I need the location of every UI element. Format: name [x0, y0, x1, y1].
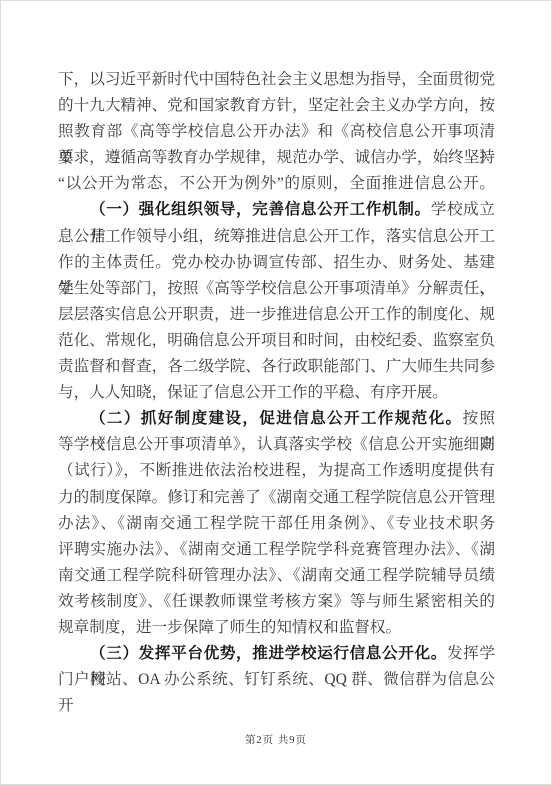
text-run: 下，以习近平新时代中国特色社会主义思想为指导，全面贯彻党	[58, 71, 495, 88]
text-run: 力的制度保障。修订和完善了《湖南交通工程学院信息公开管理	[58, 489, 495, 506]
text-line: 规章制度，进一步保障了师生的知情权和监督权。	[58, 615, 495, 641]
text-line: 范化、常规化，明确信息公开项目和时间，由校纪委、监察室负	[58, 328, 495, 354]
text-run: 责监督和督查，各二级学院、各行政职能部门、广大师生共同参	[58, 358, 495, 375]
page-number: 第2页 共9页	[245, 735, 307, 746]
text-line: 门户网站、OA 办公系统、钉钉系统、QQ 群、微信群为信息公开	[58, 667, 495, 693]
section-heading-run: （二）抓好制度建设，促进信息公开工作规范化。	[90, 410, 462, 427]
page-footer: 第2页 共9页	[1, 732, 551, 747]
text-run: 等学校信息公开事项清单》，认真落实学校《信息公开实施细则	[58, 436, 495, 453]
document-body: 下，以习近平新时代中国特色社会主义思想为指导，全面贯彻党的十九大精神、党和国家教…	[58, 67, 495, 693]
text-line: （一）强化组织领导，完善信息公开工作机制。学校成立信	[58, 197, 495, 223]
text-run: 的十九大精神、党和国家教育方针，坚定社会主义办学方向，按	[58, 97, 495, 114]
text-run: 与，人人知晓，保证了信息公开工作的平稳、有序开展。	[58, 384, 448, 401]
text-line: 办法》、《湖南交通工程学院干部任用条例》、《专业技术职务	[58, 511, 495, 537]
text-run: 要求，遵循高等教育办学规律，规范办学、诚信办学，始终坚持	[58, 149, 495, 166]
document-page: 下，以习近平新时代中国特色社会主义思想为指导，全面贯彻党的十九大精神、党和国家教…	[0, 0, 552, 785]
text-line: （试行）》，不断推进依法治校进程，为提高工作透明度提供有	[58, 458, 495, 484]
text-run: 效考核制度》、《任课教师课堂考核方案》等与师生紧密相关的	[58, 593, 495, 610]
text-run: 办法》、《湖南交通工程学院干部任用条例》、《专业技术职务	[58, 515, 495, 532]
text-line: 力的制度保障。修订和完善了《湖南交通工程学院信息公开管理	[58, 485, 495, 511]
text-line: 作的主体责任。党办校办协调宣传部、招生办、财务处、基建处、	[58, 250, 495, 276]
section-heading-run: （一）强化组织领导，完善信息公开工作机制。	[90, 201, 431, 218]
text-run: 评聘实施办法》、《湖南交通工程学院学科竞赛管理办法》、《湖	[58, 541, 495, 558]
text-run: 学生处等部门，按照《高等学校信息公开事项清单》分解责任，	[58, 280, 495, 297]
text-run: 范化、常规化，明确信息公开项目和时间，由校纪委、监察室负	[58, 332, 495, 349]
text-line: 下，以习近平新时代中国特色社会主义思想为指导，全面贯彻党	[58, 67, 495, 93]
text-run: 规章制度，进一步保障了师生的知情权和监督权。	[58, 619, 401, 636]
text-line: 照教育部《高等学校信息公开办法》和《高校信息公开事项清单》	[58, 119, 495, 145]
text-line: 息公开工作领导小组，统筹推进信息公开工作，落实信息公开工	[58, 224, 495, 250]
text-run: “以公开为常态，不公开为例外”的原则，全面推进信息公开。	[58, 175, 495, 192]
text-run: 门户网站、OA 办公系统、钉钉系统、QQ 群、微信群为信息公开	[58, 671, 495, 714]
text-run: （试行）》，不断推进依法治校进程，为提高工作透明度提供有	[58, 462, 495, 479]
text-line: （三）发挥平台优势，推进学校运行信息公开化。发挥学校	[58, 641, 495, 667]
text-run: 息公开工作领导小组，统筹推进信息公开工作，落实信息公开工	[58, 228, 495, 245]
text-line: 评聘实施办法》、《湖南交通工程学院学科竞赛管理办法》、《湖	[58, 537, 495, 563]
text-run: 层层落实信息公开职责，进一步推进信息公开工作的制度化、规	[58, 306, 495, 323]
text-line: 等学校信息公开事项清单》，认真落实学校《信息公开实施细则	[58, 432, 495, 458]
text-line: 学生处等部门，按照《高等学校信息公开事项清单》分解责任，	[58, 276, 495, 302]
text-line: 层层落实信息公开职责，进一步推进信息公开工作的制度化、规	[58, 302, 495, 328]
text-run: 南交通工程学院科研管理办法》、《湖南交通工程学院辅导员绩	[58, 567, 495, 584]
text-line: 要求，遵循高等教育办学规律，规范办学、诚信办学，始终坚持	[58, 145, 495, 171]
text-line: 责监督和督查，各二级学院、各行政职能部门、广大师生共同参	[58, 354, 495, 380]
text-line: 与，人人知晓，保证了信息公开工作的平稳、有序开展。	[58, 380, 495, 406]
text-line: 效考核制度》、《任课教师课堂考核方案》等与师生紧密相关的	[58, 589, 495, 615]
text-line: （二）抓好制度建设，促进信息公开工作规范化。按照《高	[58, 406, 495, 432]
text-line: 的十九大精神、党和国家教育方针，坚定社会主义办学方向，按	[58, 93, 495, 119]
text-line: 南交通工程学院科研管理办法》、《湖南交通工程学院辅导员绩	[58, 563, 495, 589]
text-line: “以公开为常态，不公开为例外”的原则，全面推进信息公开。	[58, 171, 495, 197]
section-heading-run: （三）发挥平台优势，推进学校运行信息公开化。	[90, 645, 447, 662]
